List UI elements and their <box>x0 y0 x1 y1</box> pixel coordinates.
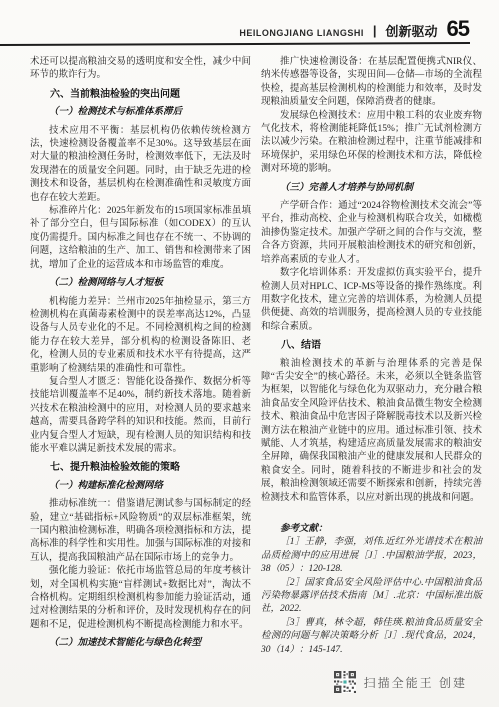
watermark-text: 扫描全能王 创建 <box>364 674 467 691</box>
paragraph: 标准碎片化：2025年新发布的15项国家标准虽填补了部分空白，但与国际标准（如C… <box>30 205 251 272</box>
subsection-heading: （二）检测网络与人才短板 <box>30 277 251 290</box>
left-column: 术还可以提高粮油交易的透明度和安全性，减少中间环节的欺诈行为。 六、当前粮油检验… <box>30 56 251 656</box>
paragraph: 复合型人才匮乏：智能化设备操作、数据分析等技能培训覆盖率不足40%，制约新技术落… <box>30 376 251 456</box>
page-number: 65 <box>447 16 469 42</box>
header-rule <box>0 42 470 46</box>
qr-code-icon <box>334 671 356 693</box>
reference-item: ［1］王静，李强，刘伟.近红外光谱技术在粮油品质检测中的应用进展［J］.中国粮油… <box>261 536 482 576</box>
article-body: 术还可以提高粮油交易的透明度和安全性，减少中间环节的欺诈行为。 六、当前粮油检验… <box>30 56 482 656</box>
page-header: HEILONGJIANG LIANGSHI | 创新驱动 65 <box>239 16 469 42</box>
paragraph: 发展绿色检测技术：应用中粮工科的农业废弃物气化技术，将检测能耗降低15%；推广无… <box>261 110 482 177</box>
paragraph: 推动标准统一：借鉴谱尼测试参与国标制定的经验，建立“基础指标+风险物质”的双层标… <box>30 498 251 565</box>
references-heading: 参考文献： <box>261 523 482 536</box>
subsection-heading: （二）加速技术智能化与绿色化转型 <box>30 637 251 650</box>
scanned-journal-page: HEILONGJIANG LIANGSHI | 创新驱动 65 术还可以提高粮油… <box>0 0 499 707</box>
paragraph: 产学研合作：通过“2024谷物检测技术交流会”等平台，推动高校、企业与检测机构联… <box>261 200 482 267</box>
paragraph: 技术应用不平衡：基层机构仍依赖传统检测方法，快速检测设备覆盖率不足30%。这导致… <box>30 125 251 205</box>
section-name: 创新驱动 <box>386 21 438 40</box>
section-heading: 六、当前粮油检验的突出问题 <box>30 88 251 101</box>
paragraph: 数字化培训体系：开发虚拟仿真实验平台，提升检测人员对HPLC、ICP-MS等设备… <box>261 267 482 334</box>
paragraph: 推广快速检测设备：在基层配置便携式NIR仪、纳米传感器等设备，实现田间—仓储—市… <box>261 56 482 110</box>
section-heading: 八、结语 <box>261 339 482 352</box>
scanner-watermark: 扫描全能王 创建 <box>334 671 467 693</box>
subsection-heading: （一）构建标准化检测网络 <box>30 480 251 493</box>
paragraph: 粮油检测技术的革新与治理体系的完善是保障“舌尖安全”的核心路径。未来，必须以全链… <box>261 358 482 505</box>
header-divider: | <box>373 23 377 38</box>
reference-item: ［3］曹真，林令超，韩佳瑛.粮油食品质量安全检测的问题与解决策略分析［J］.现代… <box>261 617 482 657</box>
section-heading: 七、提升粮油检验效能的策略 <box>30 461 251 474</box>
subsection-heading: （三）完善人才培养与协同机制 <box>261 182 482 195</box>
paragraph: 机构能力差异：兰州市2025年抽检显示，第三方检测机构在真菌毒素检测中的误差率高… <box>30 296 251 376</box>
right-column: 推广快速检测设备：在基层配置便携式NIR仪、纳米传感器等设备，实现田间—仓储—市… <box>261 56 482 656</box>
paragraph: 强化能力验证：依托市场监管总局的年度考核计划，对全国机构实施“盲样测试+数据比对… <box>30 565 251 632</box>
journal-name-en: HEILONGJIANG LIANGSHI <box>239 28 364 38</box>
reference-item: ［2］国家食品安全风险评估中心.中国粮油食品污染物暴露评估技术指南［M］.北京：… <box>261 577 482 617</box>
subsection-heading: （一）检测技术与标准体系滞后 <box>30 106 251 119</box>
paragraph: 术还可以提高粮油交易的透明度和安全性，减少中间环节的欺诈行为。 <box>30 56 251 83</box>
